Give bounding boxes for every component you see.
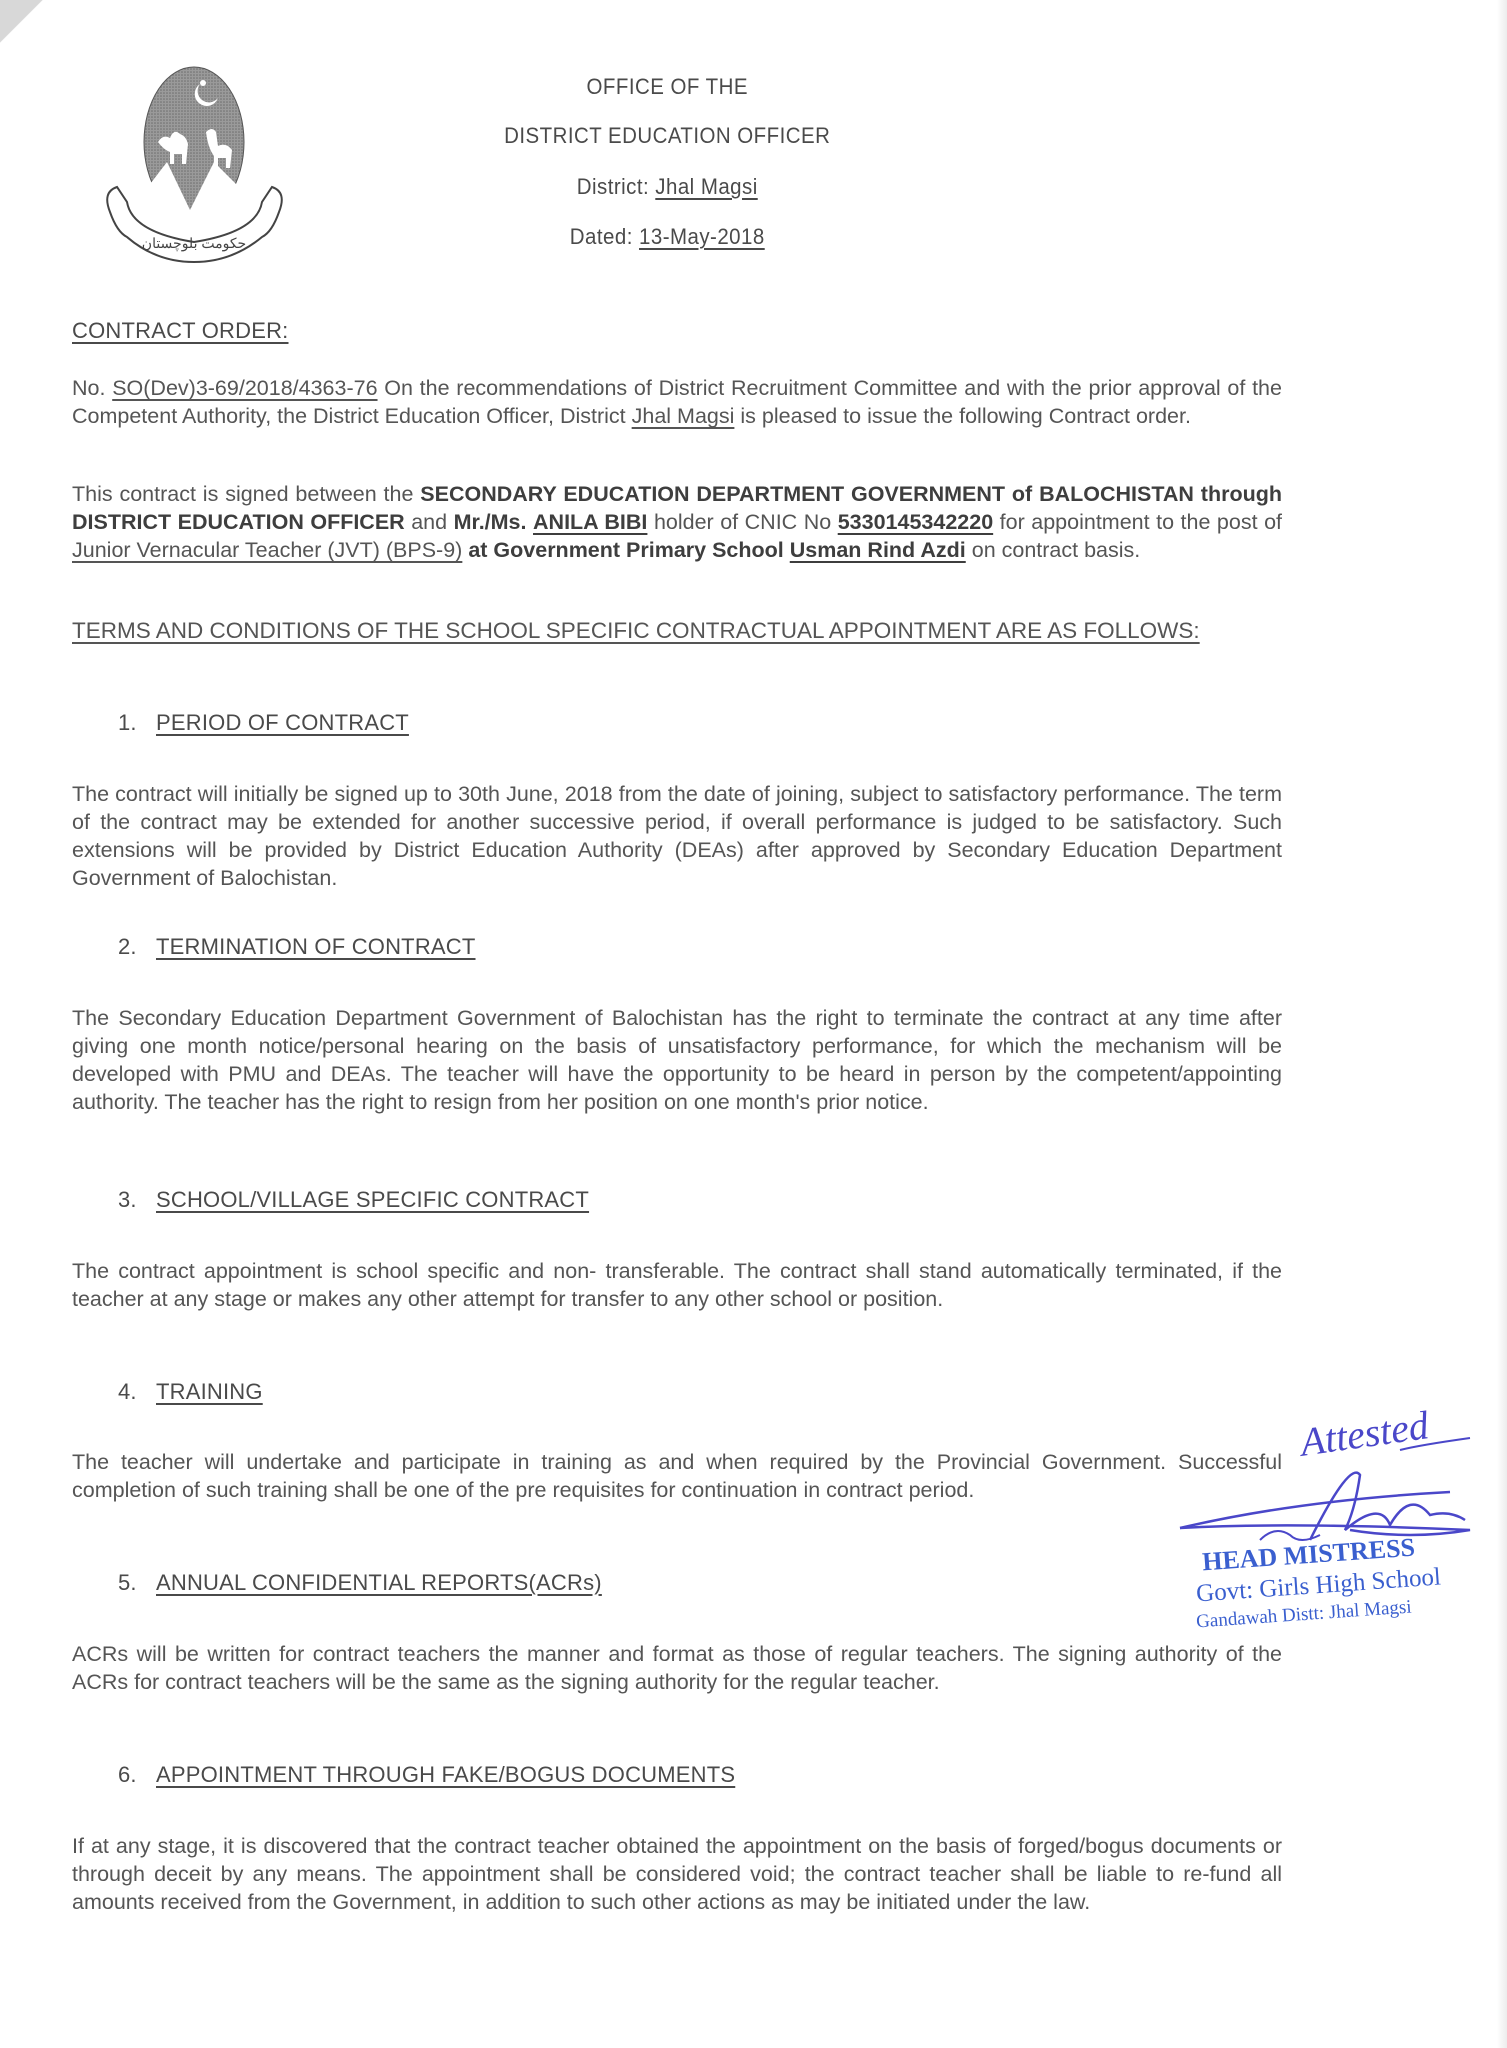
contract-order-paragraph: No. SO(Dev)3-69/2018/4363-76 On the reco… (72, 374, 1282, 430)
section-4-title: 4.TRAINING (118, 1379, 263, 1405)
contract-order-title: CONTRACT ORDER: (72, 318, 289, 344)
section-1-title: 1.PERIOD OF CONTRACT (118, 710, 409, 736)
district-value: Jhal Magsi (655, 174, 757, 199)
terms-title: TERMS AND CONDITIONS OF THE SCHOOL SPECI… (72, 617, 1252, 645)
section-4-body: The teacher will undertake and participa… (72, 1448, 1282, 1504)
attestation-stamp: Attested HEAD MISTRESS Govt: Girls High … (1150, 1400, 1507, 1650)
cnic-number: 5330145342220 (838, 510, 993, 534)
dated-label: Dated: (570, 224, 633, 249)
office-title-line2: DISTRICT EDUCATION OFFICER (0, 123, 1435, 149)
section-2-title: 2.TERMINATION OF CONTRACT (118, 934, 476, 960)
section-6-body: If at any stage, it is discovered that t… (72, 1832, 1282, 1916)
post-title: Junior Vernacular Teacher (JVT) (BPS-9) (72, 538, 462, 562)
teacher-name: ANILA BIBI (533, 510, 647, 534)
district-label: District: (577, 174, 649, 199)
order-district: Jhal Magsi (632, 404, 735, 428)
contract-parties-paragraph: This contract is signed between the SECO… (72, 480, 1282, 564)
district-line: District: Jhal Magsi (0, 174, 1435, 200)
scan-edge-shadow (1497, 0, 1507, 2048)
dated-line: Dated: 13-May-2018 (0, 224, 1435, 250)
office-title-line1: OFFICE OF THE (0, 74, 1435, 100)
section-3-title: 3.SCHOOL/VILLAGE SPECIFIC CONTRACT (118, 1187, 589, 1213)
section-2-body: The Secondary Education Department Gover… (72, 1004, 1282, 1116)
section-6-title: 6.APPOINTMENT THROUGH FAKE/BOGUS DOCUMEN… (118, 1762, 735, 1788)
section-5-body: ACRs will be written for contract teache… (72, 1640, 1282, 1696)
section-1-body: The contract will initially be signed up… (72, 780, 1282, 892)
section-5-title: 5.ANNUAL CONFIDENTIAL REPORTS(ACRs) (118, 1570, 602, 1596)
scan-corner-fold (0, 0, 60, 60)
dated-value: 13-May-2018 (639, 224, 765, 249)
order-number: SO(Dev)3-69/2018/4363-76 (112, 376, 377, 400)
section-3-body: The contract appointment is school speci… (72, 1257, 1282, 1313)
school-name: Usman Rind Azdi (790, 538, 966, 562)
